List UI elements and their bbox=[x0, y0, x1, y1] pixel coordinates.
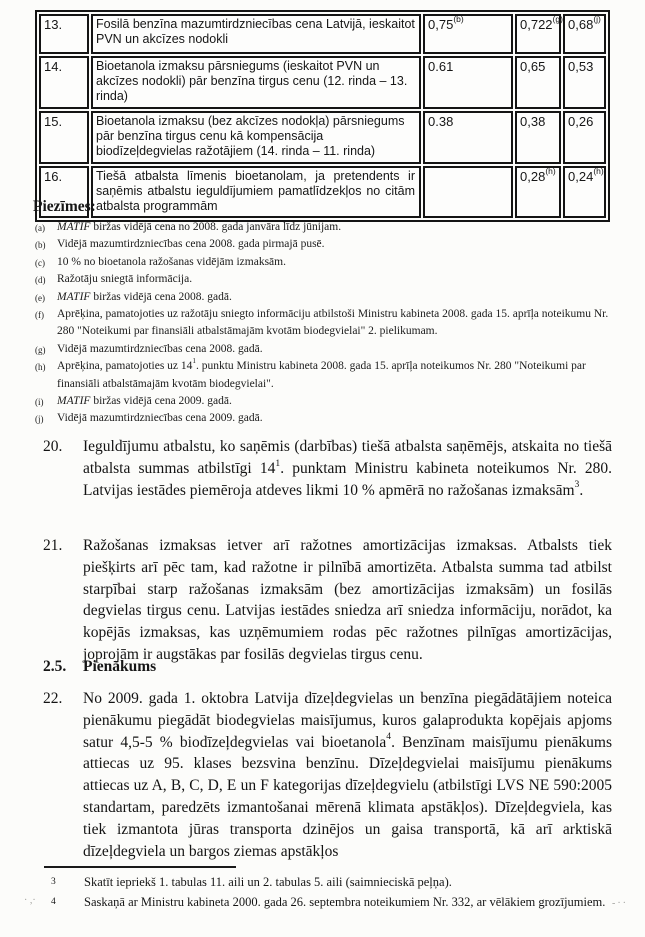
note-label: (j) bbox=[35, 411, 44, 428]
note-item-j: (j)Vidējā mazumtirdzniecības cena 2009. … bbox=[33, 410, 623, 427]
section-title: Pienākums bbox=[83, 658, 156, 675]
row-number: 13. bbox=[39, 14, 89, 54]
row-value-1: 0.38 bbox=[423, 111, 513, 164]
row-number: 15. bbox=[39, 111, 89, 164]
footnote-text: Skatīt iepriekš 1. tabulas 11. aili un 2… bbox=[84, 875, 452, 889]
footnote-label: 4 bbox=[51, 893, 56, 913]
paragraph-text: No 2009. gada 1. oktobra Latvija dīzeļde… bbox=[83, 690, 612, 860]
note-item-h: (h)Aprēķina, pamatojoties uz 141. punktu… bbox=[33, 358, 623, 393]
table-wrapper: 13. Fosilā benzīna mazumtirdzniecības ce… bbox=[35, 10, 610, 222]
row-value-2: 0,65 bbox=[515, 56, 561, 109]
note-text: MATIF biržas vidējā cena 2009. gadā. bbox=[57, 395, 232, 407]
footnote-label: 3 bbox=[51, 873, 56, 893]
page-footnotes: 3Skatīt iepriekš 1. tabulas 11. aili un … bbox=[44, 873, 612, 912]
note-text: 10 % no bioetanola ražošanas vidējām izm… bbox=[57, 256, 286, 268]
table-row: 15. Bioetanola izmaksu (bez akcīzes nodo… bbox=[39, 111, 606, 164]
paragraph-number: 22. bbox=[43, 688, 62, 710]
table-row: 14. Bioetanola izmaksu pārsniegums (iesk… bbox=[39, 56, 606, 109]
note-label: (c) bbox=[35, 255, 45, 272]
section-number: 2.5. bbox=[43, 657, 66, 677]
paragraph-text: Ražošanas izmaksas ietver arī ražotnes a… bbox=[83, 537, 612, 663]
scan-artifact: · ,· bbox=[24, 896, 36, 906]
note-text: MATIF biržas vidējā cena no 2008. gada j… bbox=[57, 221, 341, 233]
row-description: Bioetanola izmaksu (bez akcīzes nodokļa)… bbox=[91, 111, 421, 164]
row-value-3: 0,26 bbox=[563, 111, 606, 164]
note-item-a: (a)MATIF biržas vidējā cena no 2008. gad… bbox=[33, 219, 623, 236]
note-item-b: (b)Vidējā mazumtirdzniecības cena 2008. … bbox=[33, 236, 623, 253]
footnote-text: Saskaņā ar Ministru kabineta 2000. gada … bbox=[84, 895, 605, 909]
note-item-e: (e)MATIF biržas vidējā cena 2008. gadā. bbox=[33, 289, 623, 306]
note-label: (h) bbox=[35, 359, 46, 376]
note-text: Vidējā mazumtirdzniecības cena 2008. gad… bbox=[57, 343, 263, 355]
note-item-i: (i)MATIF biržas vidējā cena 2009. gadā. bbox=[33, 393, 623, 410]
scan-artifact: -·· bbox=[612, 899, 628, 909]
page-footnote-4: 4Saskaņā ar Ministru kabineta 2000. gada… bbox=[44, 893, 612, 913]
row-number: 14. bbox=[39, 56, 89, 109]
row-description: Bioetanola izmaksu pārsniegums (ieskaito… bbox=[91, 56, 421, 109]
note-text: Aprēķina, pamatojoties uz ražotāju snieg… bbox=[57, 308, 608, 337]
note-label: (f) bbox=[35, 307, 44, 324]
note-item-f: (f)Aprēķina, pamatojoties uz ražotāju sn… bbox=[33, 306, 623, 341]
section-heading: 2.5.Pienākums bbox=[43, 657, 612, 677]
note-item-d: (d)Ražotāju sniegtā informācija. bbox=[33, 271, 623, 288]
note-text: Aprēķina, pamatojoties uz 141. punktu Mi… bbox=[57, 360, 586, 389]
table-row: 13. Fosilā benzīna mazumtirdzniecības ce… bbox=[39, 14, 606, 54]
row-value-2: 0,722(g) bbox=[515, 14, 561, 54]
paragraph-text: Ieguldījumu atbalstu, ko saņēmis (darbīb… bbox=[83, 438, 612, 499]
paragraph-number: 20. bbox=[43, 436, 62, 458]
paragraph-22: 22.No 2009. gada 1. oktobra Latvija dīze… bbox=[43, 688, 612, 862]
page-footnote-3: 3Skatīt iepriekš 1. tabulas 11. aili un … bbox=[44, 873, 612, 893]
note-label: (a) bbox=[35, 220, 45, 237]
document-page: 13. Fosilā benzīna mazumtirdzniecības ce… bbox=[0, 0, 645, 937]
table-notes: Piezīmes: (a)MATIF biržas vidējā cena no… bbox=[33, 198, 623, 428]
note-label: (d) bbox=[35, 272, 46, 289]
note-label: (e) bbox=[35, 290, 45, 307]
note-text: Ražotāju sniegtā informācija. bbox=[57, 273, 192, 285]
note-item-c: (c)10 % no bioetanola ražošanas vidējām … bbox=[33, 254, 623, 271]
note-text: Vidējā mazumtirdzniecības cena 2008. gad… bbox=[57, 238, 325, 250]
fuel-price-table: 13. Fosilā benzīna mazumtirdzniecības ce… bbox=[35, 10, 610, 222]
note-text: Vidējā mazumtirdzniecības cena 2009. gad… bbox=[57, 412, 263, 424]
note-label: (b) bbox=[35, 237, 46, 254]
row-value-3: 0,68(j) bbox=[563, 14, 606, 54]
row-description: Fosilā benzīna mazumtirdzniecības cena L… bbox=[91, 14, 421, 54]
note-label: (g) bbox=[35, 342, 46, 359]
note-text: MATIF biržas vidējā cena 2008. gadā. bbox=[57, 291, 232, 303]
row-value-2: 0,38 bbox=[515, 111, 561, 164]
paragraph-20: 20.Ieguldījumu atbalstu, ko saņēmis (dar… bbox=[43, 436, 612, 501]
paragraph-number: 21. bbox=[43, 535, 62, 557]
row-value-1: 0.61 bbox=[423, 56, 513, 109]
notes-heading: Piezīmes: bbox=[33, 198, 623, 216]
note-label: (i) bbox=[35, 394, 44, 411]
footnote-separator bbox=[44, 866, 236, 868]
row-value-1: 0,75(b) bbox=[423, 14, 513, 54]
paragraph-21: 21.Ražošanas izmaksas ietver arī ražotne… bbox=[43, 535, 612, 666]
row-value-3: 0,53 bbox=[563, 56, 606, 109]
note-item-g: (g)Vidējā mazumtirdzniecības cena 2008. … bbox=[33, 341, 623, 358]
